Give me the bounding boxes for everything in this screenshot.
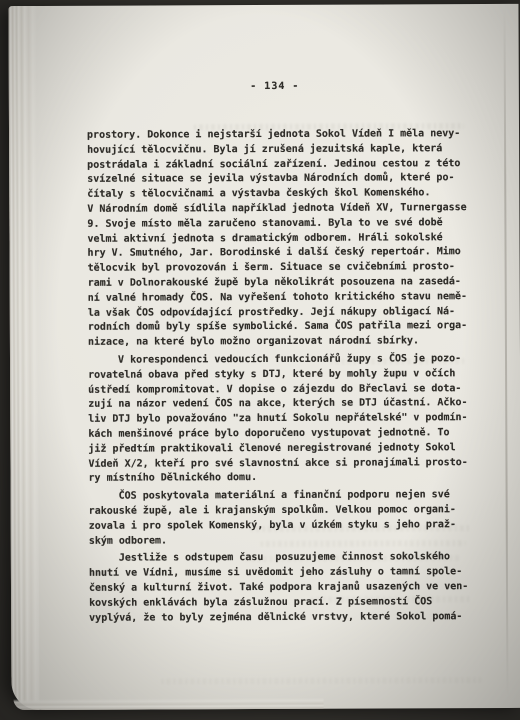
paragraph: prostory. Dokonce i nejstarší jednota So… bbox=[87, 127, 467, 351]
paragraph: ČOS poskytovala materiální a finanční po… bbox=[89, 488, 469, 549]
page-fore-edge-line bbox=[503, 8, 508, 696]
page-stack-edges-left bbox=[8, 6, 39, 710]
photo-background: - 134 - prostory. Dokonce i nejstarší je… bbox=[0, 0, 520, 720]
page-body: prostory. Dokonce i nejstarší jednota So… bbox=[87, 127, 468, 626]
typewritten-content: - 134 - prostory. Dokonce i nejstarší je… bbox=[86, 4, 478, 6]
page-number: - 134 - bbox=[87, 79, 463, 95]
page-stack-edges-bottom bbox=[13, 698, 323, 710]
paragraph: Jestliže s odstupem času posuzujeme činn… bbox=[89, 550, 469, 626]
book-page: - 134 - prostory. Dokonce i nejstarší je… bbox=[8, 4, 520, 710]
paragraph: V korespondenci vedoucích funkcionářů žu… bbox=[88, 352, 468, 487]
bleed-through-smudge bbox=[161, 677, 481, 684]
